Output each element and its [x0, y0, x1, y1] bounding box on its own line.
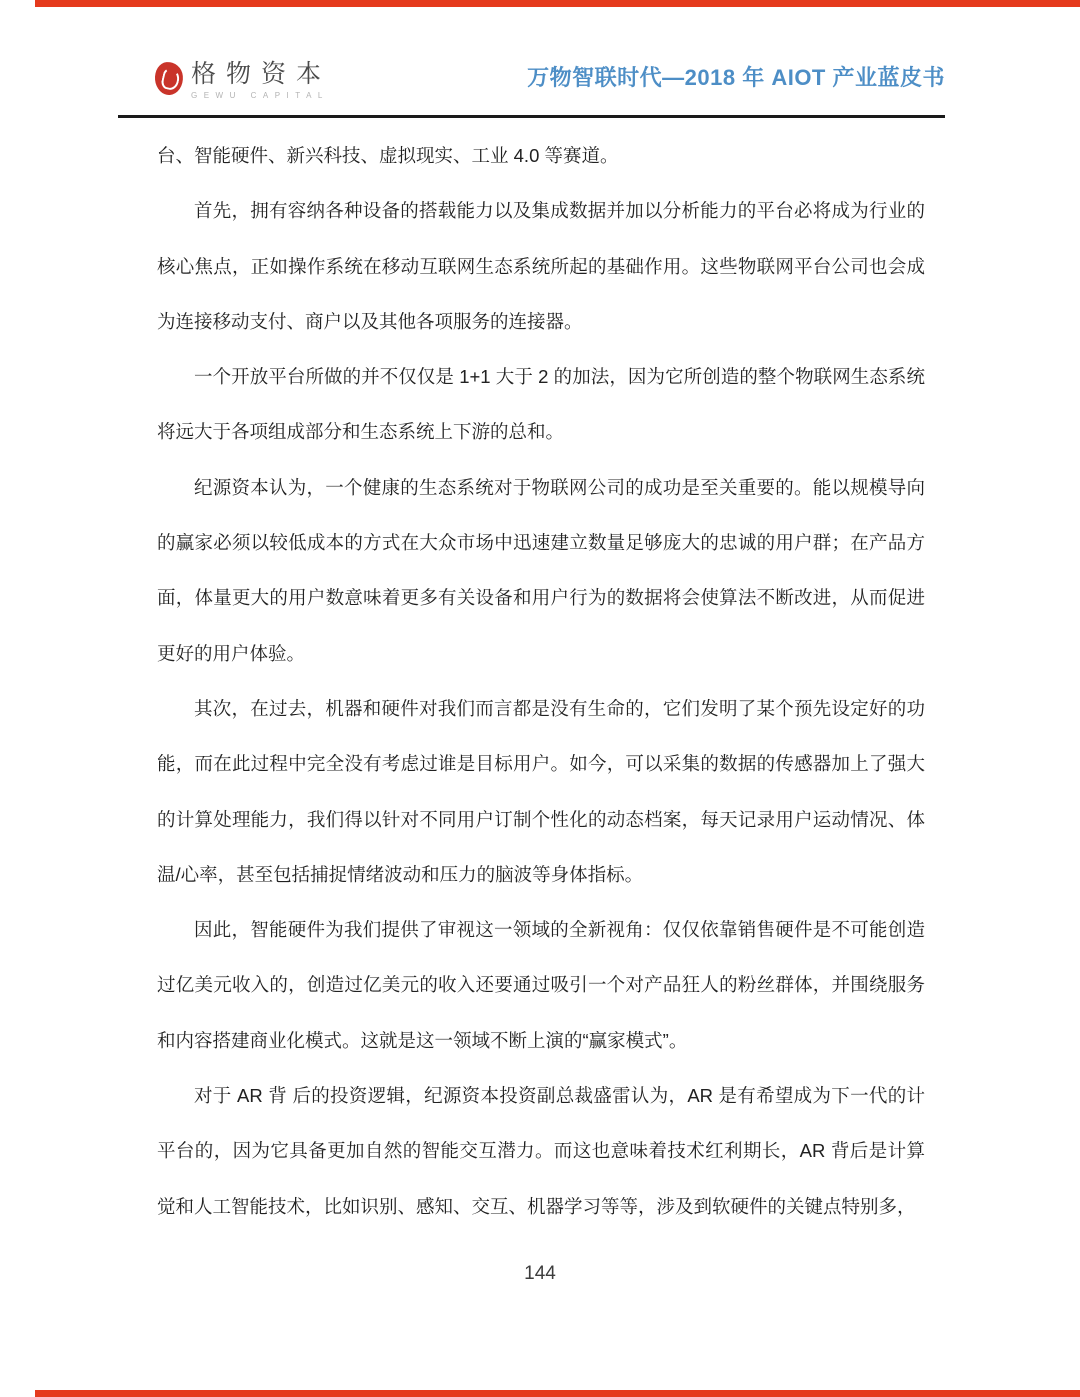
document-page: 格物资本 GEWU CAPITAL 万物智联时代—2018 年 AIOT 产业蓝… [0, 0, 1080, 1397]
body-line: 首先，拥有容纳各种设备的搭载能力以及集成数据并加以分析能力的平台必将成为行业的 [157, 183, 925, 238]
body-line: 为连接移动支付、商户以及其他各项服务的连接器。 [157, 294, 925, 349]
paragraph: 纪源资本认为，一个健康的生态系统对于物联网公司的成功是至关重要的。能以规模导向的… [157, 460, 925, 681]
body-line: 纪源资本认为，一个健康的生态系统对于物联网公司的成功是至关重要的。能以规模导向 [157, 460, 925, 515]
body-line: 将远大于各项组成部分和生态系统上下游的总和。 [157, 404, 925, 459]
page-header: 格物资本 GEWU CAPITAL 万物智联时代—2018 年 AIOT 产业蓝… [155, 60, 945, 100]
body-line: 面，体量更大的用户数意味着更多有关设备和用户行为的数据将会使算法不断改进，从而促… [157, 570, 925, 625]
paragraph: 其次，在过去，机器和硬件对我们而言都是没有生命的，它们发明了某个预先设定好的功能… [157, 681, 925, 902]
paragraph: 因此，智能硬件为我们提供了审视这一领域的全新视角：仅仅依靠销售硬件是不可能创造过… [157, 902, 925, 1068]
paragraph: 台、智能硬件、新兴科技、虚拟现实、工业 4.0 等赛道。 [157, 128, 925, 183]
body-line: 过亿美元收入的，创造过亿美元的收入还要通过吸引一个对产品狂人的粉丝群体，并围绕服… [157, 957, 925, 1012]
top-accent-bar [35, 0, 1080, 7]
body-line: 对于 AR 背 后的投资逻辑，纪源资本投资副总裁盛雷认为，AR 是有希望成为下一… [157, 1068, 925, 1123]
logo-name: 格物资本 [191, 60, 331, 88]
logo-subtitle: GEWU CAPITAL [191, 91, 331, 100]
body-line: 能，而在此过程中完全没有考虑过谁是目标用户。如今，可以采集的数据的传感器加上了强… [157, 736, 925, 791]
body-line: 台、智能硬件、新兴科技、虚拟现实、工业 4.0 等赛道。 [157, 128, 925, 183]
body-line: 的计算处理能力，我们得以针对不同用户订制个性化的动态档案，每天记录用户运动情况、… [157, 792, 925, 847]
bottom-accent-bar [35, 1390, 1080, 1397]
body-text: 台、智能硬件、新兴科技、虚拟现实、工业 4.0 等赛道。首先，拥有容纳各种设备的… [157, 128, 925, 1234]
body-line: 觉和人工智能技术，比如识别、感知、交互、机器学习等等，涉及到软硬件的关键点特别多… [157, 1179, 925, 1234]
logo-seal-icon [154, 61, 185, 96]
body-line: 因此，智能硬件为我们提供了审视这一领域的全新视角：仅仅依靠销售硬件是不可能创造 [157, 902, 925, 957]
running-header-title: 万物智联时代—2018 年 AIOT 产业蓝皮书 [527, 61, 945, 100]
company-logo: 格物资本 GEWU CAPITAL [155, 60, 331, 100]
body-line: 温/心率，甚至包括捕捉情绪波动和压力的脑波等身体指标。 [157, 847, 925, 902]
body-line: 和内容搭建商业化模式。这就是这一领域不断上演的“赢家模式”。 [157, 1013, 925, 1068]
body-line: 的赢家必须以较低成本的方式在大众市场中迅速建立数量足够庞大的忠诚的用户群；在产品… [157, 515, 925, 570]
header-divider [118, 115, 945, 118]
body-line: 平台的，因为它具备更加自然的智能交互潜力。而这也意味着技术红利期长，AR 背后是… [157, 1123, 925, 1178]
body-line: 一个开放平台所做的并不仅仅是 1+1 大于 2 的加法，因为它所创造的整个物联网… [157, 349, 925, 404]
page-number: 144 [0, 1263, 1080, 1285]
body-line: 其次，在过去，机器和硬件对我们而言都是没有生命的，它们发明了某个预先设定好的功 [157, 681, 925, 736]
body-line: 核心焦点，正如操作系统在移动互联网生态系统所起的基础作用。这些物联网平台公司也会… [157, 239, 925, 294]
paragraph: 对于 AR 背 后的投资逻辑，纪源资本投资副总裁盛雷认为，AR 是有希望成为下一… [157, 1068, 925, 1234]
paragraph: 首先，拥有容纳各种设备的搭载能力以及集成数据并加以分析能力的平台必将成为行业的核… [157, 183, 925, 349]
body-line: 更好的用户体验。 [157, 626, 925, 681]
paragraph: 一个开放平台所做的并不仅仅是 1+1 大于 2 的加法，因为它所创造的整个物联网… [157, 349, 925, 460]
